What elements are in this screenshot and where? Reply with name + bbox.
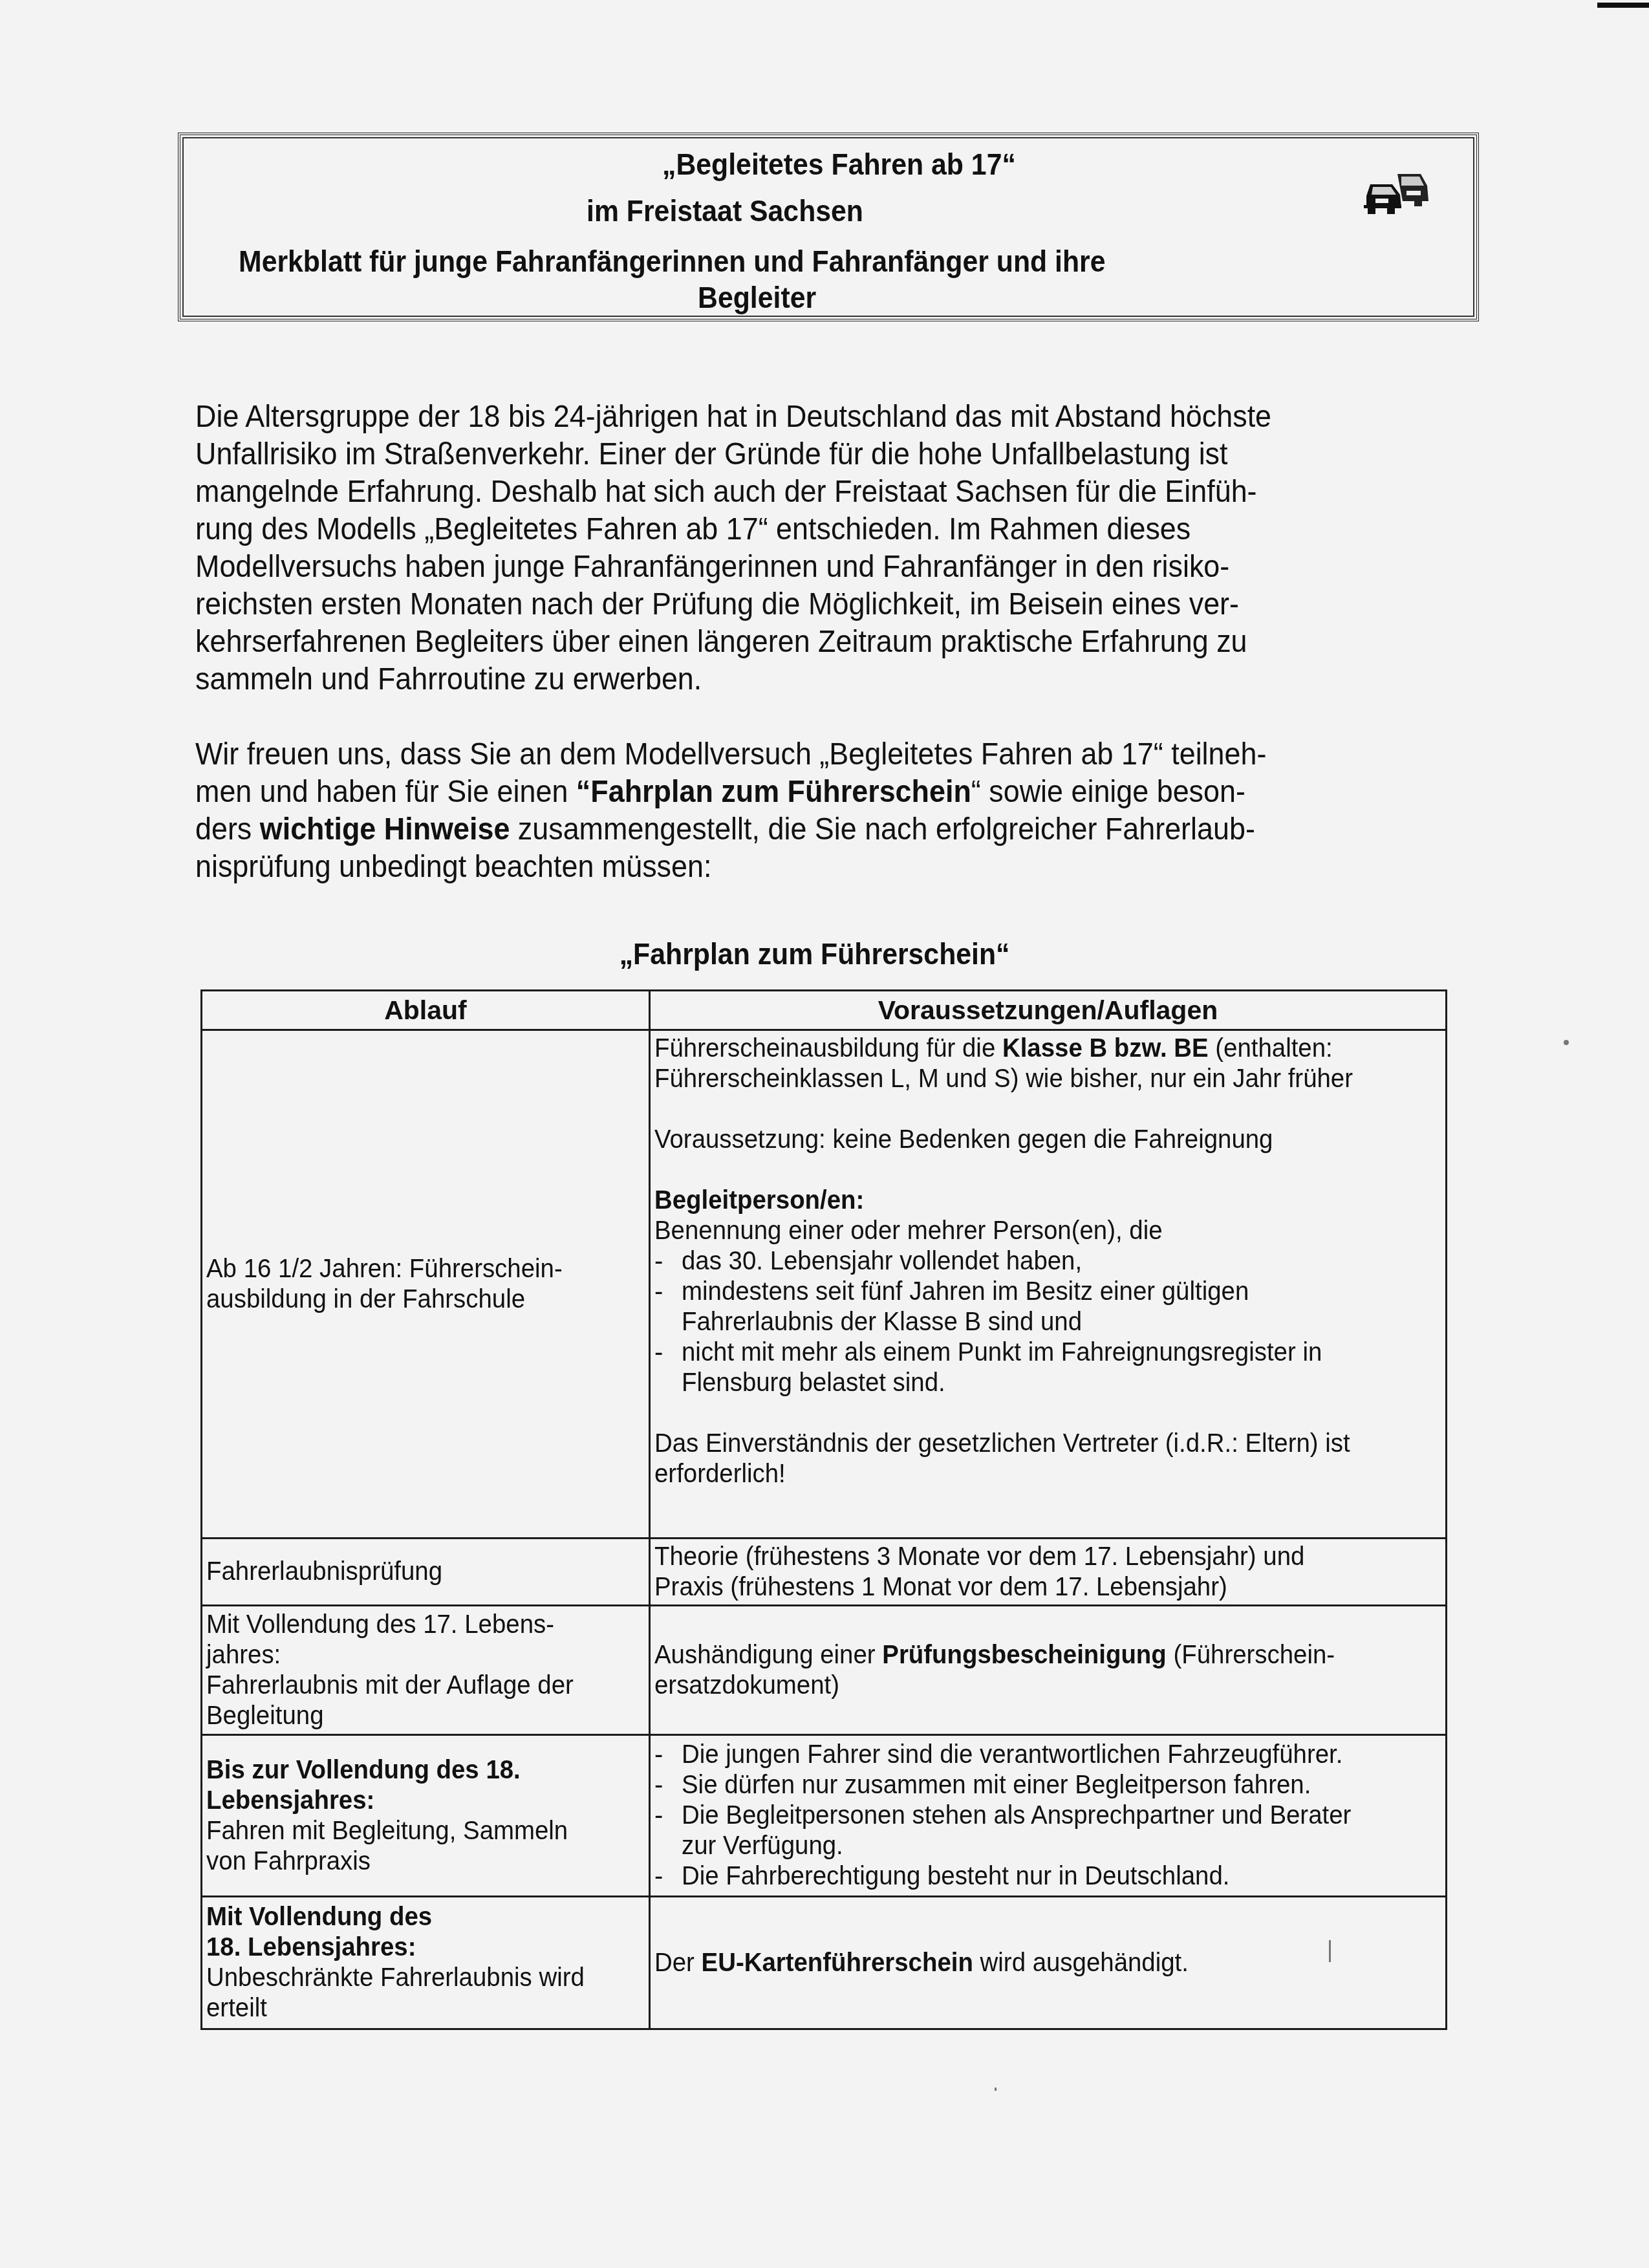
- plan-title: „Fahrplan zum Führerschein“: [0, 936, 1649, 971]
- ablauf-cell: Mit Vollendung des 17. Lebens- jahres: F…: [202, 1606, 650, 1735]
- intro-paragraph-2: Wir freuen uns, dass Sie an dem Modellve…: [195, 736, 1463, 886]
- table-row: Fahrerlaubnisprüfung Theorie (frühestens…: [202, 1539, 1447, 1606]
- requirements-cell: Der EU-Kartenführerschein wird ausgehänd…: [650, 1897, 1447, 2029]
- requirements-cell: Die jungen Fahrer sind die verantwortlic…: [650, 1735, 1447, 1897]
- fahrplan-emphasis: “Fahrplan zum Führerschein: [576, 775, 971, 809]
- list-item: Die jungen Fahrer sind die verantwortlic…: [654, 1740, 1441, 1770]
- column-header-voraussetzungen: Voraussetzungen/Auflagen: [650, 991, 1447, 1030]
- list-item: Die Begleitpersonen stehen als Ansprechp…: [654, 1800, 1441, 1861]
- ablauf-cell: Bis zur Vollendung des 18. Lebensjahres:…: [202, 1735, 650, 1897]
- subtitle-line-1: Merkblatt für junge Fahranfängerinnen un…: [239, 244, 1106, 279]
- begleitperson-requirements-list: das 30. Lebensjahr vollendet haben, mind…: [654, 1246, 1441, 1398]
- ablauf-cell: Mit Vollendung des 18. Lebensjahres: Unb…: [202, 1897, 650, 2029]
- begleitperson-heading: Begleitperson/en:: [654, 1186, 864, 1215]
- document-header: „Begleitetes Fahren ab 17“ im Freistaat …: [178, 133, 1479, 321]
- list-item: das 30. Lebensjahr vollendet haben,: [654, 1246, 1441, 1277]
- scan-speck: [995, 2088, 997, 2091]
- subtitle-line-2: Begleiter: [698, 280, 816, 315]
- list-item: nicht mit mehr als einem Punkt im Fahrei…: [654, 1337, 1441, 1398]
- intro-paragraph-1: Die Altersgruppe der 18 bis 24-jährigen …: [195, 398, 1463, 698]
- list-item: Die Fahrberechtigung besteht nur in Deut…: [654, 1861, 1441, 1892]
- title-line-2: im Freistaat Sachsen: [587, 193, 863, 228]
- requirements-cell: Theorie (frühestens 3 Monate vor dem 17.…: [650, 1539, 1447, 1606]
- hinweise-emphasis: wichtige Hinweise: [260, 812, 510, 847]
- two-cars-icon: [1364, 167, 1435, 219]
- ablauf-cell: Fahrerlaubnisprüfung: [202, 1539, 650, 1606]
- table-row: Bis zur Vollendung des 18. Lebensjahres:…: [202, 1735, 1447, 1897]
- table-header-row: Ablauf Voraussetzungen/Auflagen: [202, 991, 1447, 1030]
- list-item: mindestens seit fünf Jahren im Besitz ei…: [654, 1277, 1441, 1337]
- ablauf-cell: Ab 16 1/2 Jahren: Führerschein- ausbildu…: [202, 1030, 650, 1539]
- list-item: Sie dürfen nur zusammen mit einer Beglei…: [654, 1770, 1441, 1800]
- scan-speck: [1564, 1040, 1569, 1045]
- fahrplan-table: Ablauf Voraussetzungen/Auflagen Ab 16 1/…: [200, 989, 1447, 2030]
- column-header-ablauf: Ablauf: [202, 991, 650, 1030]
- driving-rules-list: Die jungen Fahrer sind die verantwortlic…: [654, 1740, 1441, 1892]
- requirements-cell: Führerscheinausbildung für die Klasse B …: [650, 1030, 1447, 1539]
- scan-speck: [1329, 1940, 1331, 1962]
- title-line-1: „Begleitetes Fahren ab 17“: [662, 147, 1016, 182]
- requirements-cell: Aushändigung einer Prüfungsbescheinigung…: [650, 1606, 1447, 1735]
- table-row: Ab 16 1/2 Jahren: Führerschein- ausbildu…: [202, 1030, 1447, 1539]
- table-row: Mit Vollendung des 18. Lebensjahres: Unb…: [202, 1897, 1447, 2029]
- table-row: Mit Vollendung des 17. Lebens- jahres: F…: [202, 1606, 1447, 1735]
- scan-corner-mark: [1597, 3, 1649, 8]
